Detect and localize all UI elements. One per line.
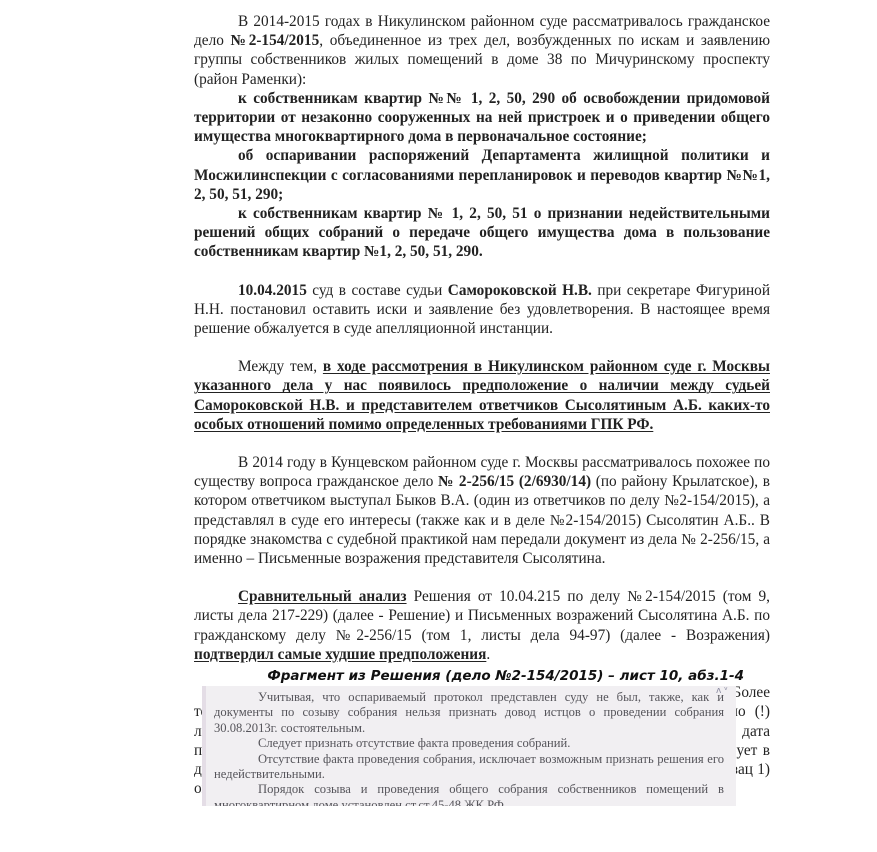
case-number: №2-154/2015	[231, 32, 320, 49]
emphasized-text: Сравнительный анализ	[238, 588, 407, 605]
paragraph-ruling: 10.04.2015 суд в составе судьи Самороков…	[194, 281, 770, 339]
handwritten-margin-note: ᴧ ᵛ	[716, 686, 728, 696]
text: .	[486, 646, 490, 663]
claim-item: об оспаривании распоряжений Департамента…	[194, 146, 770, 204]
scanned-fragment-text: Учитывая, что оспариваемый протокол пред…	[214, 690, 724, 806]
claims-list: к собственникам квартир №№ 1, 2, 50, 290…	[194, 89, 770, 262]
claim-item: к собственникам квартир № 1, 2, 50, 51 о…	[194, 204, 770, 262]
case-number: № 2-256/15 (2/6930/14)	[438, 473, 591, 490]
paragraph-kuntsevo-case: В 2014 году в Кунцевском районном суде г…	[194, 453, 770, 568]
scanned-fragment-image: Учитывая, что оспариваемый протокол пред…	[202, 686, 736, 806]
fragment-caption: Фрагмент из Решения (дело №2-154/2015) –…	[194, 668, 744, 684]
text: Между тем,	[238, 358, 323, 375]
scan-paragraph: Учитывая, что оспариваемый протокол пред…	[214, 690, 724, 736]
scan-paragraph: Порядок созыва и проведения общего собра…	[214, 782, 724, 806]
ruling-date: 10.04.2015	[238, 282, 307, 299]
paragraph-case-intro: В 2014-2015 годах в Никулинском районном…	[194, 12, 770, 89]
claim-item: к собственникам квартир №№ 1, 2, 50, 290…	[194, 89, 770, 147]
scan-paragraph: Отсутствие факта проведения собрания, ис…	[214, 752, 724, 783]
emphasized-text: подтвердил самые худшие предположения	[194, 646, 486, 663]
text: суд в составе судьи	[307, 282, 448, 299]
paragraph-comparative-analysis: Сравнительный анализ Решения от 10.04.21…	[194, 587, 770, 664]
scan-paragraph: Следует признать отсутствие факта провед…	[214, 736, 724, 751]
paragraph-suspicion: Между тем, в ходе рассмотрения в Никулин…	[194, 357, 770, 434]
judge-name: Самороковской Н.В.	[448, 282, 592, 299]
